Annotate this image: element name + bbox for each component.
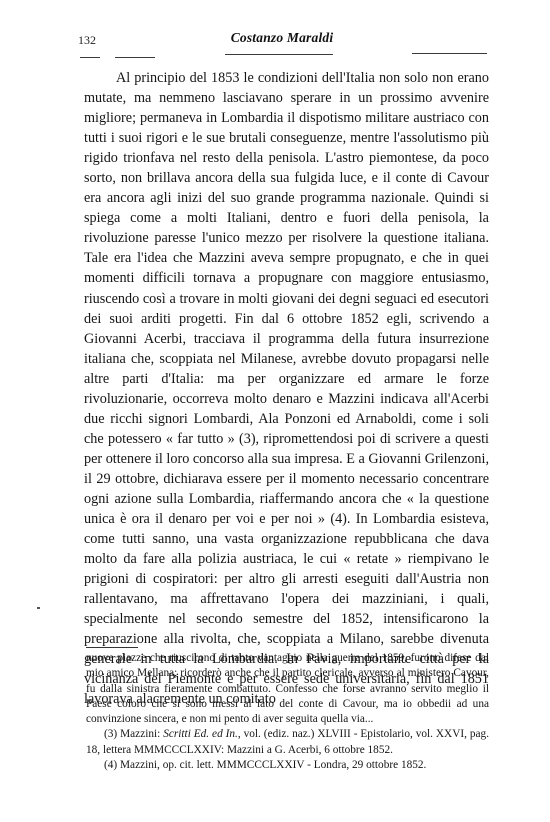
footnote-continuation: nuove piazze che riuscirono di tanto van…	[86, 651, 489, 727]
body-paragraph: Al principio del 1853 le condizioni dell…	[84, 68, 489, 710]
footnote-rule	[86, 647, 138, 648]
footnote-4: (4) Mazzini, op. cit. lett. MMMCCCLXXIV …	[86, 758, 489, 773]
header-rule-left-1	[80, 57, 100, 58]
footnote-3-marker: (3)	[104, 728, 117, 740]
footnote-4-rest: op. cit. lett. MMMCCCLXXIV - Londra, 29 …	[163, 759, 427, 771]
body-text: Al principio del 1853 le condizioni dell…	[84, 68, 489, 710]
footnote-4-author: Mazzini,	[120, 759, 160, 771]
footnote-4-marker: (4)	[104, 759, 117, 771]
page-header: 132 Costanzo Maraldi	[78, 30, 486, 50]
header-rule-right	[412, 53, 487, 54]
running-title: Costanzo Maraldi	[78, 30, 486, 46]
margin-mark	[37, 607, 40, 609]
footnote-3-author: Mazzini:	[120, 728, 160, 740]
header-rule-center	[225, 54, 333, 55]
footnotes: nuove piazze che riuscirono di tanto van…	[86, 651, 489, 773]
header-rule-left-2	[115, 57, 155, 58]
footnote-3-title: Scritti Ed. ed In.	[163, 728, 238, 740]
footnote-3: (3) Mazzini: Scritti Ed. ed In., vol. (e…	[86, 727, 489, 758]
